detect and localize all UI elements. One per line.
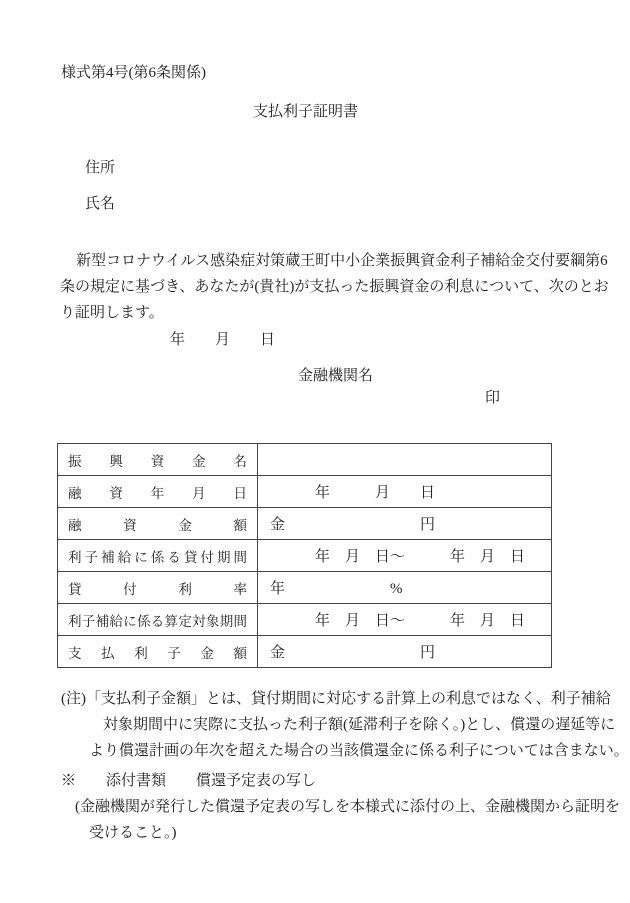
row-label: 振興資金名 bbox=[58, 444, 258, 476]
row-value bbox=[258, 444, 552, 476]
institution-label: 金融機関名 bbox=[298, 367, 373, 386]
table-row: 振興資金名 bbox=[58, 444, 552, 476]
certificate-page: 様式第4号(第6条関係) 支払利子証明書 住所 氏名 新型コロナウイルス感染症対… bbox=[0, 0, 630, 903]
attachment-line: (金融機関が発行した償還予定表の写しを本様式に添付の上、金融機関から証明を bbox=[75, 798, 620, 817]
address-label: 住所 bbox=[85, 159, 115, 178]
note-line: (注)「支払利子金額」とは、貸付期間に対応する計算上の利息ではなく、利子補給 bbox=[61, 690, 611, 709]
row-value: 金 円 bbox=[258, 636, 552, 668]
attachment-line: 受けること。) bbox=[89, 824, 177, 843]
interest-detail-table: 振興資金名 融資年月日 年 月 日 融資金額 金 円 利子補給に係る貸付期間 年… bbox=[57, 443, 552, 668]
row-value: 年 月 日〜 年 月 日 bbox=[258, 540, 552, 572]
row-label: 利子補給に係る算定対象期間 bbox=[58, 604, 258, 636]
table-row: 利子補給に係る貸付期間 年 月 日〜 年 月 日 bbox=[58, 540, 552, 572]
note-line: 対象期間中に実際に支払った利子額(延滞利子を除く。)とし、償還の遅延等に bbox=[103, 716, 615, 735]
row-value: 年 % bbox=[258, 572, 552, 604]
intro-line: 新型コロナウイルス感染症対策蔵王町中小企業振興資金利子補給金交付要綱第6 bbox=[61, 252, 608, 271]
note-line: より償還計画の年次を超えた場合の当該償還金に係る利子については含まない。 bbox=[89, 742, 629, 761]
seal-label: 印 bbox=[485, 389, 500, 408]
intro-line: 条の規定に基づき、あなたが(貴社)が支払った振興資金の利息について、次のとお bbox=[60, 278, 609, 297]
row-value: 年 月 日 bbox=[258, 476, 552, 508]
intro-line: り証明します。 bbox=[60, 304, 164, 323]
name-label: 氏名 bbox=[85, 195, 115, 214]
table-row: 融資金額 金 円 bbox=[58, 508, 552, 540]
table-row: 融資年月日 年 月 日 bbox=[58, 476, 552, 508]
row-value: 金 円 bbox=[258, 508, 552, 540]
row-label: 貸付利率 bbox=[58, 572, 258, 604]
row-value: 年 月 日〜 年 月 日 bbox=[258, 604, 552, 636]
table-row: 支払利子金額 金 円 bbox=[58, 636, 552, 668]
row-label: 利子補給に係る貸付期間 bbox=[58, 540, 258, 572]
table-row: 利子補給に係る算定対象期間 年 月 日〜 年 月 日 bbox=[58, 604, 552, 636]
date-line: 年 月 日 bbox=[170, 331, 275, 350]
attachment-line: ※ 添付書類 償還予定表の写し bbox=[61, 772, 316, 791]
table-row: 貸付利率 年 % bbox=[58, 572, 552, 604]
row-label: 支払利子金額 bbox=[58, 636, 258, 668]
row-label: 融資金額 bbox=[58, 508, 258, 540]
row-label: 融資年月日 bbox=[58, 476, 258, 508]
form-number: 様式第4号(第6条関係) bbox=[61, 64, 206, 83]
page-title: 支払利子証明書 bbox=[253, 103, 358, 122]
